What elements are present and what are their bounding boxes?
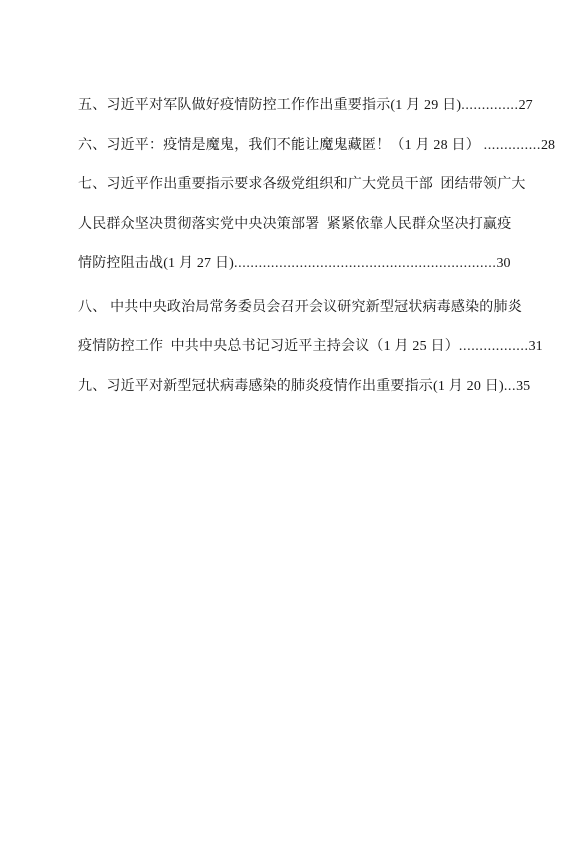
toc-entry-text: 七、习近平作出重要指示要求各级党组织和广大党员干部 团结带领广大	[78, 177, 526, 192]
toc-entry-text: 情防控阻击战(1 月 27 日)	[78, 256, 234, 271]
toc-entry-text: 五、习近平对军队做好疫情防控工作作出重要指示(1 月 29 日)	[78, 98, 461, 113]
toc-entry: 情防控阻击战(1 月 27 日)........................…	[78, 244, 538, 284]
toc-entry: 六、习近平：疫情是魔鬼，我们不能让魔鬼藏匿！（1 月 28 日） .......…	[78, 126, 538, 166]
toc-entry: 九、习近平对新型冠状病毒感染的肺炎疫情作出重要指示(1 月 20 日)...35	[78, 367, 538, 407]
toc-page-number: 31	[529, 339, 543, 354]
document-page: 五、习近平对军队做好疫情防控工作作出重要指示(1 月 29 日)........…	[0, 0, 587, 858]
toc-page-number: 27	[519, 98, 533, 113]
toc-dot-leader: .................	[459, 339, 529, 354]
toc-entry-text: 八、 中共中央政治局常务委员会召开会议研究新型冠状病毒感染的肺炎	[78, 300, 522, 315]
toc-entry-text: 九、习近平对新型冠状病毒感染的肺炎疫情作出重要指示(1 月 20 日)	[78, 379, 504, 394]
toc-page-number: 30	[496, 256, 510, 271]
toc-dot-leader: ..............	[484, 138, 541, 153]
toc-page-number: 35	[516, 379, 530, 394]
toc-entry-text: 六、习近平：疫情是魔鬼，我们不能让魔鬼藏匿！（1 月 28 日）	[78, 138, 484, 153]
toc-dot-leader: ...	[504, 379, 516, 394]
toc-entry: 人民群众坚决贯彻落实党中央决策部署 紧紧依靠人民群众坚决打赢疫	[78, 205, 538, 245]
toc-entry: 七、习近平作出重要指示要求各级党组织和广大党员干部 团结带领广大	[78, 165, 538, 205]
toc-entry: 八、 中共中央政治局常务委员会召开会议研究新型冠状病毒感染的肺炎	[78, 288, 538, 328]
toc-entry: 疫情防控工作 中共中央总书记习近平主持会议（1 月 25 日）.........…	[78, 327, 538, 367]
toc-entry-text: 人民群众坚决贯彻落实党中央决策部署 紧紧依靠人民群众坚决打赢疫	[78, 217, 511, 232]
toc-dot-leader: ..............	[461, 98, 518, 113]
toc-dot-leader: ........................................…	[234, 256, 496, 271]
toc-entry: 五、习近平对军队做好疫情防控工作作出重要指示(1 月 29 日)........…	[78, 86, 538, 126]
toc-entry-text: 疫情防控工作 中共中央总书记习近平主持会议（1 月 25 日）	[78, 339, 459, 354]
toc-page-number: 28	[541, 138, 555, 153]
table-of-contents: 五、习近平对军队做好疫情防控工作作出重要指示(1 月 29 日)........…	[78, 86, 538, 406]
